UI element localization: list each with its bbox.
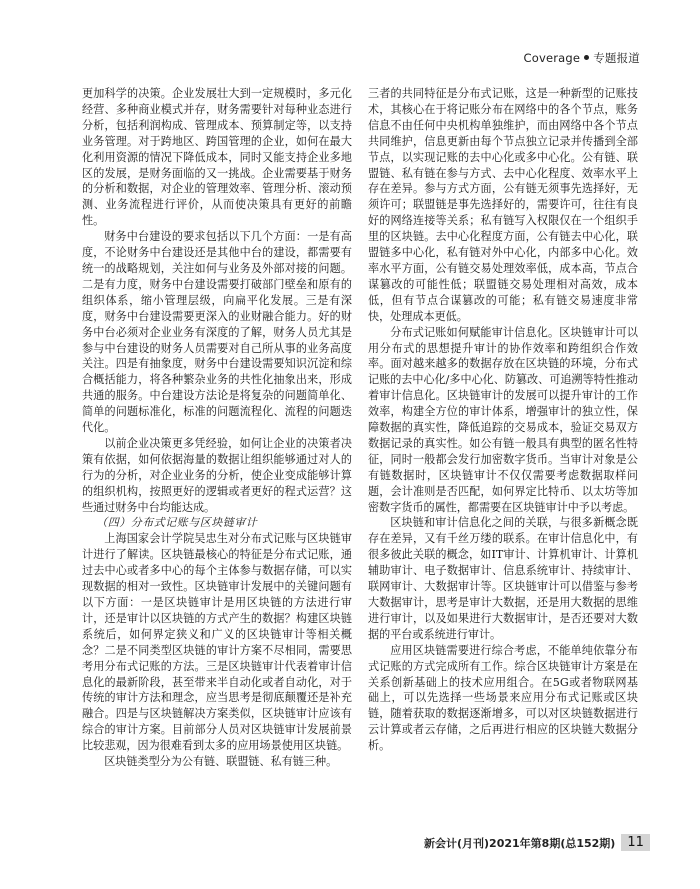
section-label-en: Coverage	[523, 51, 580, 65]
page-footer: 新会计(月刊)2021年第8期(总152期) 11	[424, 834, 650, 851]
page-number: 11	[621, 834, 650, 851]
section-label-cn: 专题报道	[593, 51, 640, 65]
publication-info: 新会计(月刊)2021年第8期(总152期)	[424, 835, 615, 851]
bullet-icon	[584, 55, 589, 60]
paragraph: 应用区块链需要进行综合考虑，不能单纯依靠分布式记账的方式完成所有工作。综合区块链…	[368, 643, 638, 754]
paragraph: 三者的共同特征是分布式记账，这是一种新型的记账技术，其核心在于将记账分布在网络中…	[368, 86, 638, 325]
section-heading: （四）分布式记账与区块链审计	[82, 515, 352, 531]
paragraph: 上海国家会计学院吴忠生对分布式记账与区块链审计进行了解读。区块链最核心的特征是分…	[82, 531, 352, 754]
paragraph: 区块链类型分为公有链、联盟链、私有链三种。	[82, 754, 352, 770]
left-column: 更加科学的决策。企业发展壮大到一定规模时，多元化经营、多种商业模式并存，财务需要…	[82, 86, 352, 770]
paragraph: 区块链和审计信息化之间的关联，与很多新概念既存在差异，又有千丝万缕的联系。在审计…	[368, 515, 638, 642]
paragraph: 更加科学的决策。企业发展壮大到一定规模时，多元化经营、多种商业模式并存，财务需要…	[82, 86, 352, 229]
paragraph: 分布式记账如何赋能审计信息化。区块链审计可以用分布式的思想提升审计的协作效率和跨…	[368, 325, 638, 516]
paragraph: 以前企业决策更多凭经验，如何让企业的决策者决策有依据，如何依据海量的数据让组织能…	[82, 436, 352, 516]
right-column: 三者的共同特征是分布式记账，这是一种新型的记账技术，其核心在于将记账分布在网络中…	[368, 86, 638, 754]
paragraph: 财务中台建设的要求包括以下几个方面：一是有高度，不论财务中台建设还是其他中台的建…	[82, 229, 352, 436]
page-header: Coverage专题报道	[523, 50, 640, 66]
